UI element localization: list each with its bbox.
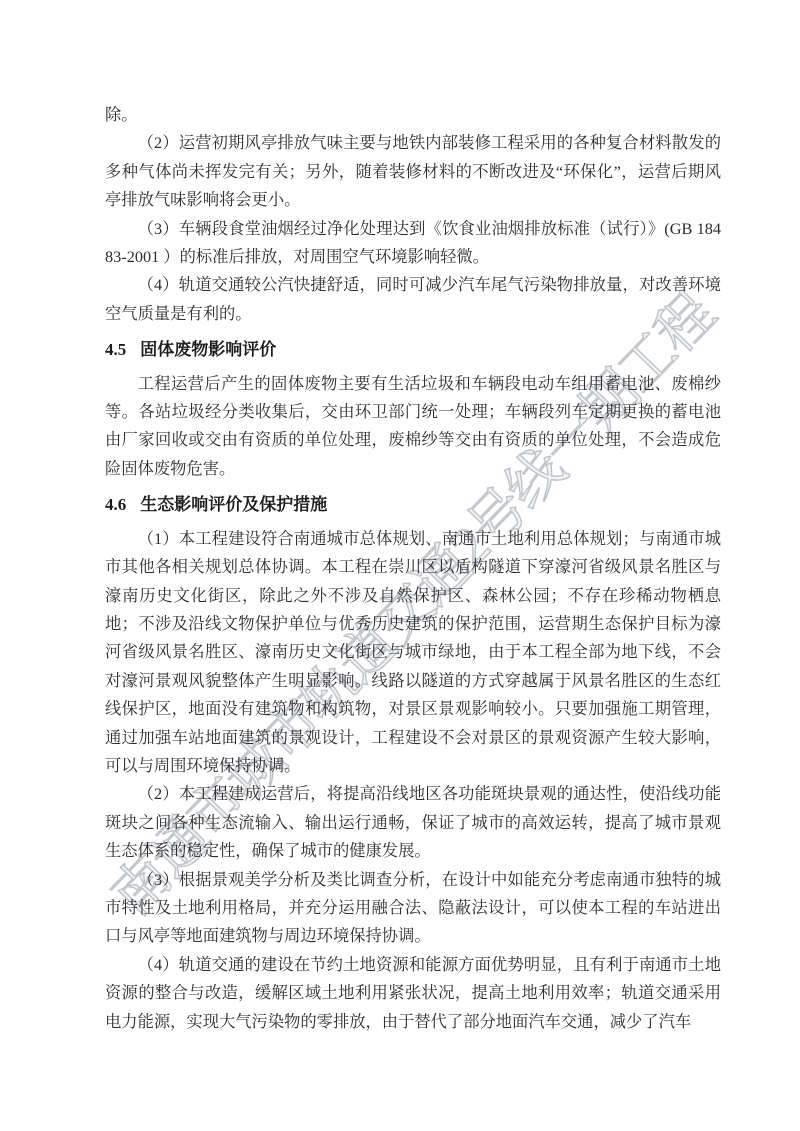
paragraph-ecology-item-4: （4）轨道交通的建设在节约土地资源和能源方面优势明显，且有利于南通市土地资源的整… (105, 951, 721, 1036)
paragraph-ecology-item-2: （2）本工程建成运营后，将提高沿线地区各功能斑块景观的通达性，使沿线功能斑块之间… (105, 780, 721, 865)
paragraph-air-item-4: （4）轨道交通较公汽快捷舒适，同时可减少汽车尾气污染物排放量，对改善环境空气质量… (105, 271, 721, 328)
paragraph-solid-waste: 工程运营后产生的固体废物主要有生活垃圾和车辆段电动车组用蓄电池、废棉纱等。各站垃… (105, 370, 721, 484)
section-heading-4-5: 4.5固体废物影响评价 (105, 336, 721, 364)
section-title: 固体废物影响评价 (140, 340, 276, 359)
paragraph-air-item-3: （3）车辆段食堂油烟经过净化处理达到《饮食业油烟排放标准（试行）》(GB 184… (105, 215, 721, 272)
section-number: 4.6 (105, 495, 126, 514)
section-number: 4.5 (105, 340, 126, 359)
page-content: 除。 （2）运营初期风亭排放气味主要与地铁内部装修工程采用的各种复合材料散发的多… (105, 101, 721, 1036)
paragraph-air-item-2: （2）运营初期风亭排放气味主要与地铁内部装修工程采用的各种复合材料散发的多种气体… (105, 129, 721, 214)
paragraph-ecology-item-1: （1）本工程建设符合南通城市总体规划、南通市土地利用总体规划；与南通市城市其他各… (105, 525, 721, 781)
section-title: 生态影响评价及保护措施 (140, 495, 327, 514)
paragraph-ecology-item-3: （3）根据景观美学分析及类比调查分析，在设计中如能充分考虑南通市独特的城市特性及… (105, 866, 721, 951)
section-heading-4-6: 4.6生态影响评价及保护措施 (105, 491, 721, 519)
paragraph-continuation: 除。 (105, 101, 721, 129)
document-page: 南通市城市轨道交通2号线一期工程 除。 （2）运营初期风亭排放气味主要与地铁内部… (0, 0, 800, 1131)
